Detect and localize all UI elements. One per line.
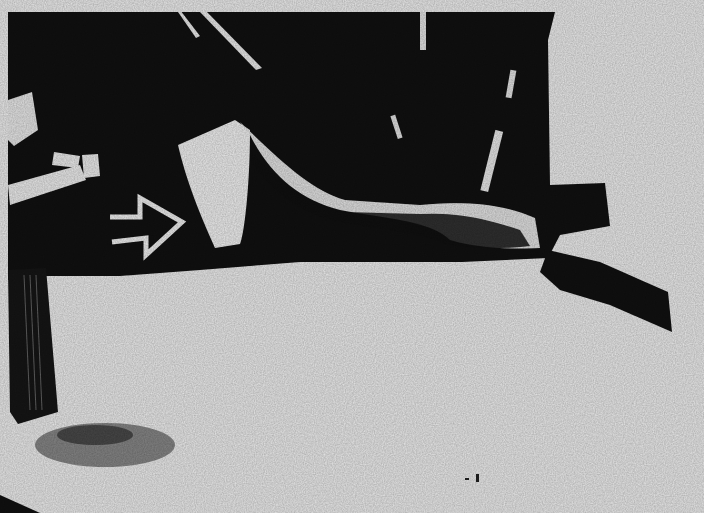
grain-overlay xyxy=(0,0,704,513)
photograph xyxy=(0,0,704,513)
photo-canvas xyxy=(0,0,704,513)
